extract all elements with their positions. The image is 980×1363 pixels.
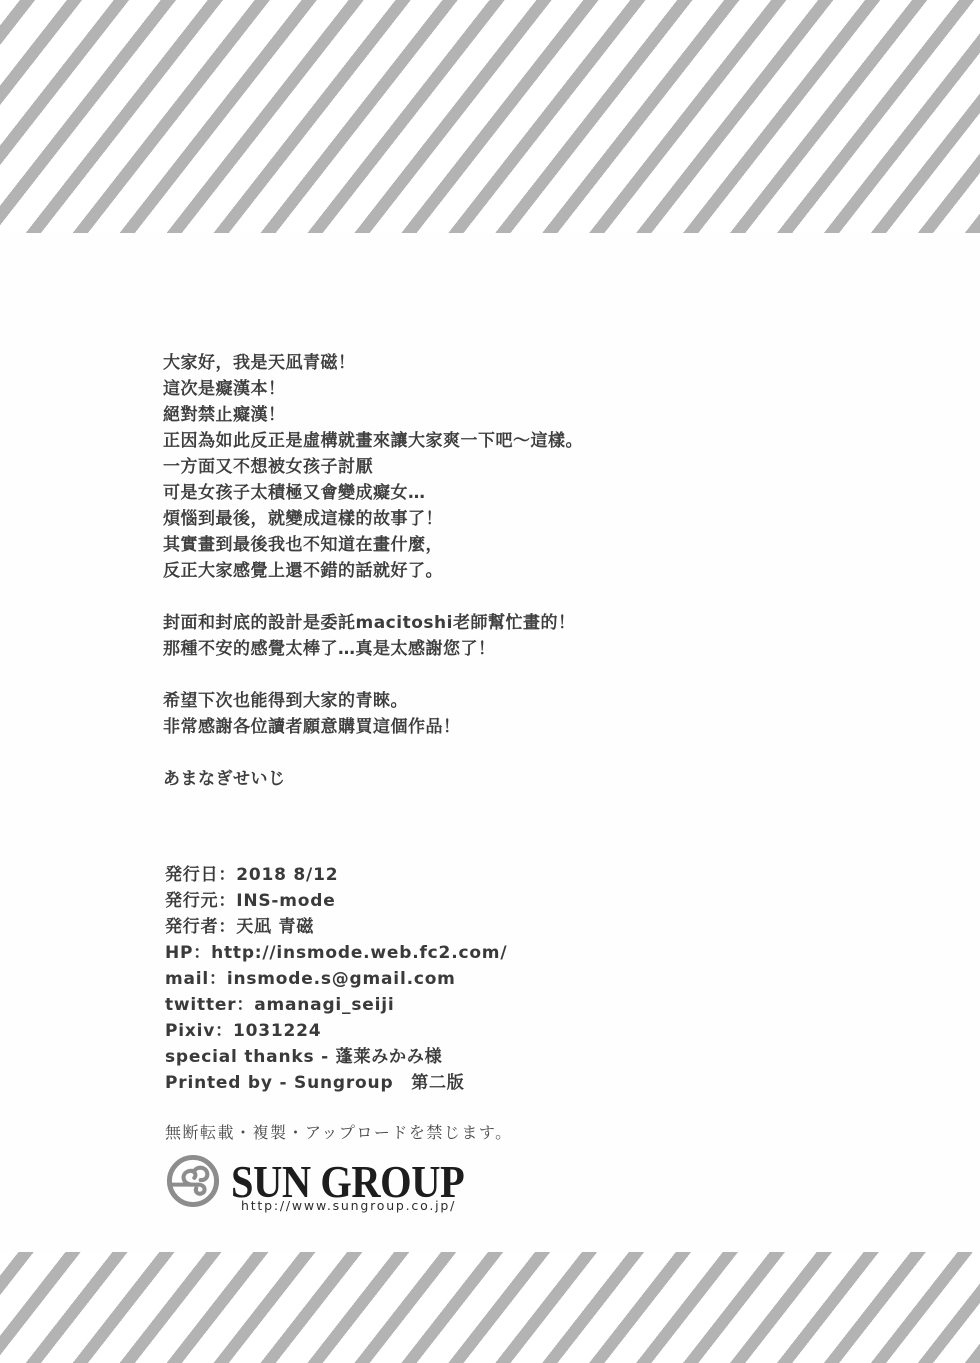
afterword-page: 大家好，我是天凪青磁！這次是癡漢本！絕對禁止癡漢！正因為如此反正是虛構就畫來讓大… bbox=[0, 0, 980, 1363]
bottom-stripe-band bbox=[0, 1252, 980, 1363]
text-line: 煩惱到最後，就變成這樣的故事了！ bbox=[163, 506, 583, 532]
text-line: Pixiv：1031224 bbox=[165, 1018, 507, 1044]
text-line: 大家好，我是天凪青磁！ bbox=[163, 350, 583, 376]
text-line: 非常感謝各位讀者願意購買這個作品！ bbox=[163, 714, 583, 740]
text-line: 其實畫到最後我也不知道在畫什麼， bbox=[163, 532, 583, 558]
copyright-notice: 無断転載・複製・アップロードを禁じます。 bbox=[165, 1120, 513, 1143]
text-line: 一方面又不想被女孩子討厭 bbox=[163, 454, 583, 480]
text-line: あまなぎせいじ bbox=[163, 766, 583, 792]
text-line: HP：http://insmode.web.fc2.com/ bbox=[165, 940, 507, 966]
text-line: 正因為如此反正是虛構就畫來讓大家爽一下吧～這樣。 bbox=[163, 428, 583, 454]
text-line: 可是女孩子太積極又會變成癡女… bbox=[163, 480, 583, 506]
text-line: 這次是癡漢本！ bbox=[163, 376, 583, 402]
afterword-text-block: 大家好，我是天凪青磁！這次是癡漢本！絕對禁止癡漢！正因為如此反正是虛構就畫來讓大… bbox=[163, 350, 583, 792]
sun-group-logo-icon bbox=[164, 1152, 222, 1210]
printer-url: http://www.sungroup.co.jp/ bbox=[241, 1198, 456, 1213]
colophon-block: 発行日：2018 8/12発行元：INS-mode発行者：天凪 青磁HP：htt… bbox=[165, 862, 507, 1096]
text-line: 反正大家感覺上還不錯的話就好了。 bbox=[163, 558, 583, 584]
text-line: 発行日：2018 8/12 bbox=[165, 862, 507, 888]
text-line: 那種不安的感覺太棒了…真是太感謝您了！ bbox=[163, 636, 583, 662]
text-line: 封面和封底的設計是委託macitoshi老師幫忙畫的！ bbox=[163, 610, 583, 636]
text-line: mail：insmode.s@gmail.com bbox=[165, 966, 507, 992]
top-stripe-band bbox=[0, 0, 980, 233]
text-line: Printed by - Sungroup 第二版 bbox=[165, 1070, 507, 1096]
text-line: 発行元：INS-mode bbox=[165, 888, 507, 914]
text-line: 希望下次也能得到大家的青睞。 bbox=[163, 688, 583, 714]
text-line bbox=[163, 662, 583, 688]
text-line: 絕對禁止癡漢！ bbox=[163, 402, 583, 428]
text-line: twitter：amanagi_seiji bbox=[165, 992, 507, 1018]
text-line: 発行者：天凪 青磁 bbox=[165, 914, 507, 940]
text-line bbox=[163, 584, 583, 610]
text-line: special thanks - 蓬莱みかみ様 bbox=[165, 1044, 507, 1070]
text-line bbox=[163, 740, 583, 766]
